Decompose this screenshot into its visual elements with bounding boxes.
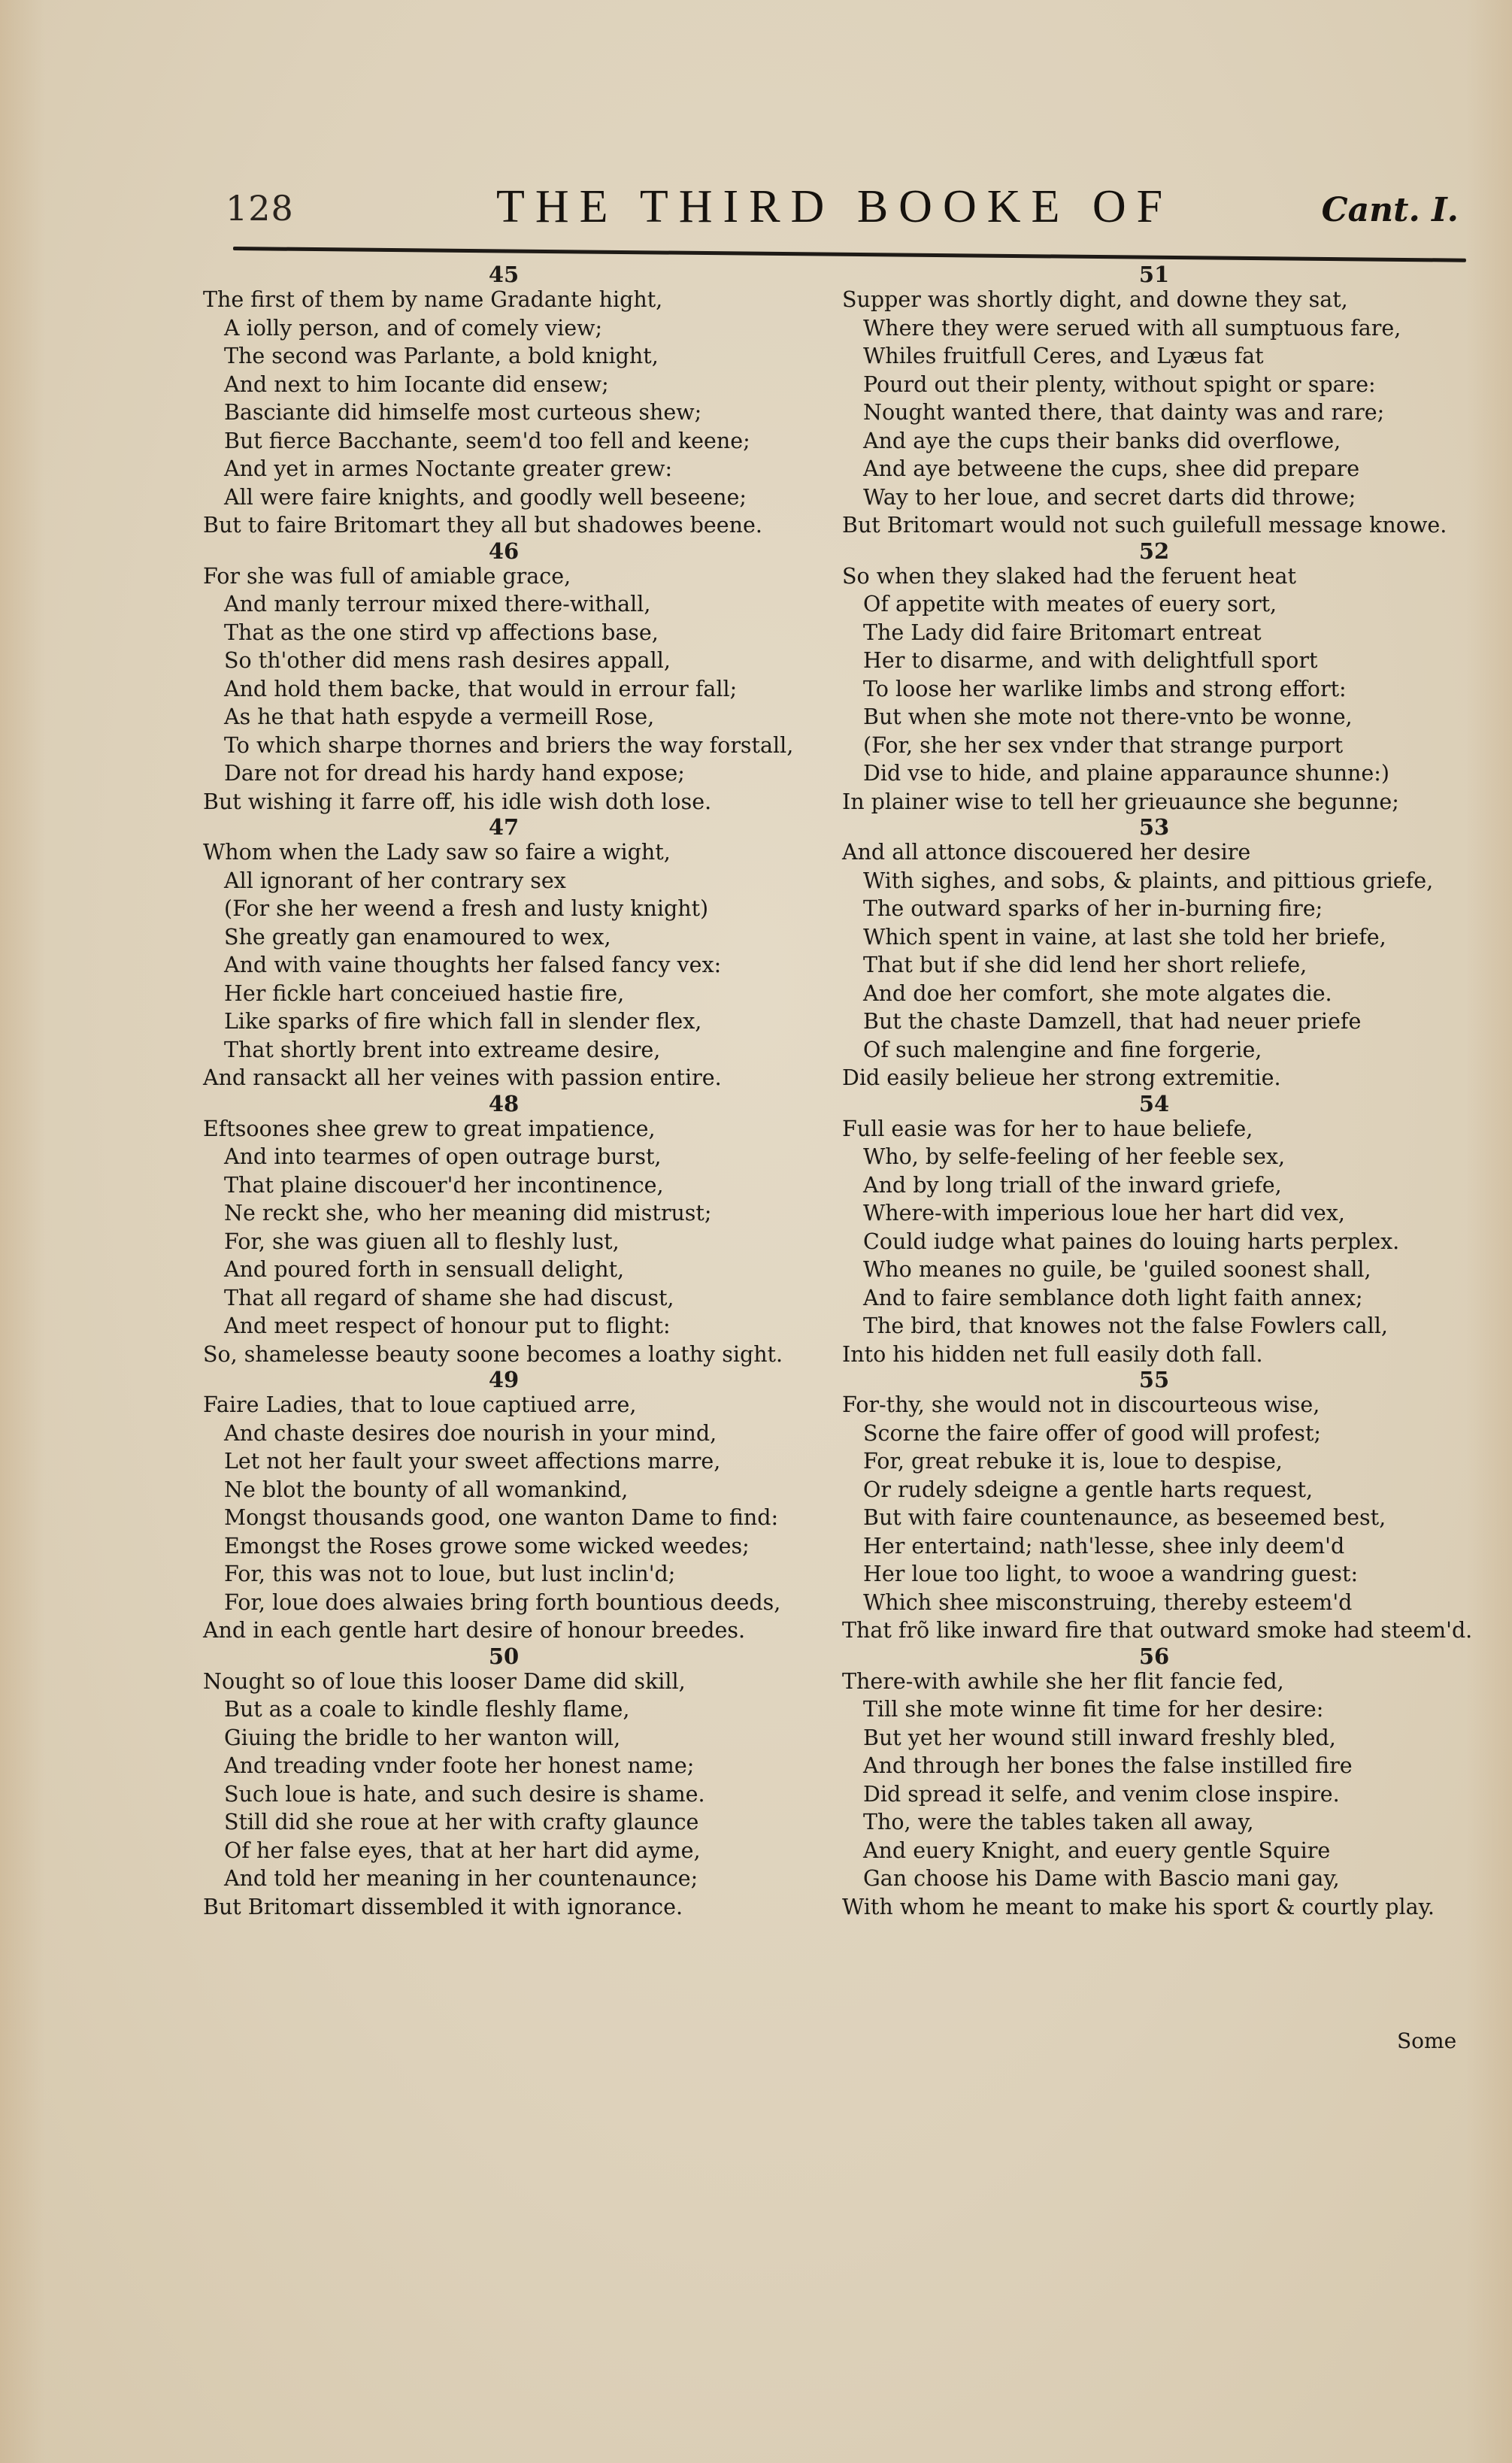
verse-line: And all attonce discouered her desire (842, 838, 1466, 867)
book-title: THE THIRD BOOKE OF (496, 180, 1173, 234)
verse-line: So th'other did mens rash desires appall… (203, 647, 812, 675)
verse-line: Of appetite with meates of euery sort, (842, 590, 1466, 619)
verse-line: That plaine discouer'd her incontinence, (203, 1171, 812, 1200)
verse-line: Mongst thousands good, one wanton Dame t… (203, 1504, 812, 1532)
verse-line: The second was Parlante, a bold knight, (203, 342, 812, 371)
verse-line: For, loue does alwaies bring forth bount… (203, 1589, 812, 1617)
stanza-number: 50 (203, 1645, 812, 1668)
verse-line: Whom when the Lady saw so faire a wight, (203, 838, 812, 867)
verse-line: She greatly gan enamoured to wex, (203, 923, 812, 952)
verse-line: And told her meaning in her countenaunce… (203, 1865, 812, 1893)
verse-line: And euery Knight, and euery gentle Squir… (842, 1837, 1466, 1865)
verse-line: Supper was shortly dight, and downe they… (842, 286, 1466, 314)
verse-line: Dare not for dread his hardy hand expose… (203, 759, 812, 788)
stanza-number: 52 (842, 540, 1466, 562)
verse-line: And chaste desires doe nourish in your m… (203, 1419, 812, 1448)
verse-line: And aye the cups their banks did overflo… (842, 427, 1466, 456)
stanza-number: 47 (203, 816, 812, 838)
verse-line: Into his hidden net full easily doth fal… (842, 1341, 1466, 1369)
verse-line: Eftsoones shee grew to great impatience, (203, 1115, 812, 1144)
verse-line: Did spread it selfe, and venim close ins… (842, 1780, 1466, 1809)
verse-line: Like sparks of fire which fall in slende… (203, 1007, 812, 1036)
verse-line: Still did she roue at her with crafty gl… (203, 1808, 812, 1837)
verse-line: For she was full of amiable grace, (203, 562, 812, 591)
stanza-number: 49 (203, 1368, 812, 1391)
verse-line: The bird, that knowes not the false Fowl… (842, 1312, 1466, 1341)
verse-line: Her to disarme, and with delightfull spo… (842, 647, 1466, 675)
verse-line: Did easily belieue her strong extremitie… (842, 1064, 1466, 1092)
stanza-number: 56 (842, 1645, 1466, 1668)
verse-line: The outward sparks of her in-burning fir… (842, 895, 1466, 923)
verse-line: Way to her loue, and secret darts did th… (842, 483, 1466, 512)
stanza-number: 51 (842, 263, 1466, 286)
verse-line: And to faire semblance doth light faith … (842, 1284, 1466, 1313)
verse-line: Her fickle hart conceiued hastie fire, (203, 980, 812, 1008)
verse-line: And manly terrour mixed there-withall, (203, 590, 812, 619)
verse-line: And hold them backe, that would in errou… (203, 675, 812, 704)
verse-line: And next to him Iocante did ensew; (203, 371, 812, 399)
verse-line: All were faire knights, and goodly well … (203, 483, 812, 512)
verse-line: Giuing the bridle to her wanton will, (203, 1724, 812, 1753)
stanza-number: 48 (203, 1092, 812, 1115)
verse-line: That shortly brent into extreame desire, (203, 1036, 812, 1065)
verse-line: To which sharpe thornes and briers the w… (203, 732, 812, 760)
verse-line: Ne blot the bounty of all womankind, (203, 1476, 812, 1504)
stanza: 51 Supper was shortly dight, and downe t… (842, 263, 1466, 540)
verse-line: Of such malengine and fine forgerie, (842, 1036, 1466, 1065)
verse-line: That all regard of shame she had discust… (203, 1284, 812, 1313)
verse-line: All ignorant of her contrary sex (203, 867, 812, 895)
verse-line: The Lady did faire Britomart entreat (842, 619, 1466, 647)
verse-line: But as a coale to kindle fleshly flame, (203, 1695, 812, 1724)
verse-line: But when she mote not there-vnto be wonn… (842, 703, 1466, 732)
stanza: 49 Faire Ladies, that to loue captiued a… (203, 1368, 812, 1645)
stanza-number: 46 (203, 540, 812, 562)
verse-line: (For, she her sex vnder that strange pur… (842, 732, 1466, 760)
verse-line: So when they slaked had the feruent heat (842, 562, 1466, 591)
verse-line: Which shee misconstruing, thereby esteem… (842, 1589, 1466, 1617)
header-rule (233, 247, 1466, 262)
verse-line: Or rudely sdeigne a gentle harts request… (842, 1476, 1466, 1504)
verse-line: For, she was giuen all to fleshly lust, (203, 1228, 812, 1256)
right-column: 51 Supper was shortly dight, and downe t… (842, 263, 1466, 1921)
verse-line: Who, by selfe-feeling of her feeble sex, (842, 1143, 1466, 1171)
verse-line: In plainer wise to tell her grieuaunce s… (842, 788, 1466, 816)
verse-line: And in each gentle hart desire of honour… (203, 1616, 812, 1645)
verse-line: And by long triall of the inward griefe, (842, 1171, 1466, 1200)
verse-line: For-thy, she would not in discourteous w… (842, 1391, 1466, 1419)
verse-line: And meet respect of honour put to flight… (203, 1312, 812, 1341)
verse-line: Such loue is hate, and such desire is sh… (203, 1780, 812, 1809)
verse-line: And doe her comfort, she mote algates di… (842, 980, 1466, 1008)
verse-line: Whiles fruitfull Ceres, and Lyæus fat (842, 342, 1466, 371)
verse-line: To loose her warlike limbs and strong ef… (842, 675, 1466, 704)
verse-line: That as the one stird vp affections base… (203, 619, 812, 647)
verse-line: Nought so of loue this looser Dame did s… (203, 1668, 812, 1696)
verse-line: And poured forth in sensuall delight, (203, 1256, 812, 1284)
stanza: 46 For she was full of amiable grace, An… (203, 540, 812, 816)
stanza-number: 53 (842, 816, 1466, 838)
verse-line: (For she her weend a fresh and lusty kni… (203, 895, 812, 923)
verse-line: Let not her fault your sweet affections … (203, 1447, 812, 1476)
verse-line: Did vse to hide, and plaine apparaunce s… (842, 759, 1466, 788)
verse-line: For, this was not to loue, but lust incl… (203, 1560, 812, 1589)
verse-line: But Britomart would not such guilefull m… (842, 511, 1466, 540)
running-head: 128 THE THIRD BOOKE OF Cant. I. (226, 180, 1459, 248)
verse-line: Who meanes no guile, be 'guiled soonest … (842, 1256, 1466, 1284)
stanza: 54 Full easie was for her to haue belief… (842, 1092, 1466, 1369)
verse-line: Could iudge what paines do louing harts … (842, 1228, 1466, 1256)
verse-line: Faire Ladies, that to loue captiued arre… (203, 1391, 812, 1419)
verse-line: A iolly person, and of comely view; (203, 314, 812, 343)
stanza: 48 Eftsoones shee grew to great impatien… (203, 1092, 812, 1369)
verse-line: That frõ like inward fire that outward s… (842, 1616, 1466, 1645)
catchword: Some (1397, 2028, 1456, 2053)
stanza: 56 There-with awhile she her flit fancie… (842, 1645, 1466, 1922)
verse-line: For, great rebuke it is, loue to despise… (842, 1447, 1466, 1476)
verse-line: Nought wanted there, that dainty was and… (842, 398, 1466, 427)
verse-line: And through her bones the false instille… (842, 1752, 1466, 1780)
verse-line: That but if she did lend her short relie… (842, 951, 1466, 980)
verse-line: Her loue too light, to wooe a wandring g… (842, 1560, 1466, 1589)
left-column: 45 The first of them by name Gradante hi… (203, 263, 812, 1921)
verse-line: But yet her wound still inward freshly b… (842, 1724, 1466, 1753)
verse-line: Basciante did himselfe most curteous she… (203, 398, 812, 427)
stanza-number: 45 (203, 263, 812, 286)
verse-line: And yet in armes Noctante greater grew: (203, 455, 812, 483)
verse-line: And aye betweene the cups, shee did prep… (842, 455, 1466, 483)
page-number: 128 (226, 188, 294, 229)
stanza: 52 So when they slaked had the feruent h… (842, 540, 1466, 816)
verse-line: But fierce Bacchante, seem'd too fell an… (203, 427, 812, 456)
verse-line: Emongst the Roses growe some wicked weed… (203, 1532, 812, 1561)
verse-line: With sighes, and sobs, & plaints, and pi… (842, 867, 1466, 895)
canto-label: Cant. I. (1322, 191, 1459, 229)
stanza: 53 And all attonce discouered her desire… (842, 816, 1466, 1092)
verse-line: And into tearmes of open outrage burst, (203, 1143, 812, 1171)
verse-line: Tho, were the tables taken all away, (842, 1808, 1466, 1837)
verse-line: With whom he meant to make his sport & c… (842, 1893, 1466, 1922)
verse-line: Pourd out their plenty, without spight o… (842, 371, 1466, 399)
verse-line: But with faire countenaunce, as beseemed… (842, 1504, 1466, 1532)
verse-line: But Britomart dissembled it with ignoran… (203, 1893, 812, 1922)
verse-line: Of her false eyes, that at her hart did … (203, 1837, 812, 1865)
verse-line: But wishing it farre off, his idle wish … (203, 788, 812, 816)
verse-line: And with vaine thoughts her falsed fancy… (203, 951, 812, 980)
verse-line: Her entertaind; nath'lesse, shee inly de… (842, 1532, 1466, 1561)
stanza: 45 The first of them by name Gradante hi… (203, 263, 812, 540)
stanza-number: 55 (842, 1368, 1466, 1391)
verse-line: Where-with imperious loue her hart did v… (842, 1199, 1466, 1228)
verse-line: But to faire Britomart they all but shad… (203, 511, 812, 540)
verse-line: And treading vnder foote her honest name… (203, 1752, 812, 1780)
stanza: 47 Whom when the Lady saw so faire a wig… (203, 816, 812, 1092)
verse-line: But the chaste Damzell, that had neuer p… (842, 1007, 1466, 1036)
verse-line: Ne reckt she, who her meaning did mistru… (203, 1199, 812, 1228)
book-page: 128 THE THIRD BOOKE OF Cant. I. 45 The f… (0, 0, 1512, 2463)
stanza-number: 54 (842, 1092, 1466, 1115)
verse-line: Gan choose his Dame with Bascio mani gay… (842, 1865, 1466, 1893)
verse-line: So, shamelesse beauty soone becomes a lo… (203, 1341, 812, 1369)
verse-line: Scorne the faire offer of good will prof… (842, 1419, 1466, 1448)
verse-line: The first of them by name Gradante hight… (203, 286, 812, 314)
verse-line: Till she mote winne fit time for her des… (842, 1695, 1466, 1724)
verse-line: And ransackt all her veines with passion… (203, 1064, 812, 1092)
stanza: 50 Nought so of loue this looser Dame di… (203, 1645, 812, 1922)
verse-line: Full easie was for her to haue beliefe, (842, 1115, 1466, 1144)
stanza: 55 For-thy, she would not in discourteou… (842, 1368, 1466, 1645)
verse-line: There-with awhile she her flit fancie fe… (842, 1668, 1466, 1696)
verse-line: Which spent in vaine, at last she told h… (842, 923, 1466, 952)
verse-line: Where they were serued with all sumptuou… (842, 314, 1466, 343)
verse-line: As he that hath espyde a vermeill Rose, (203, 703, 812, 732)
